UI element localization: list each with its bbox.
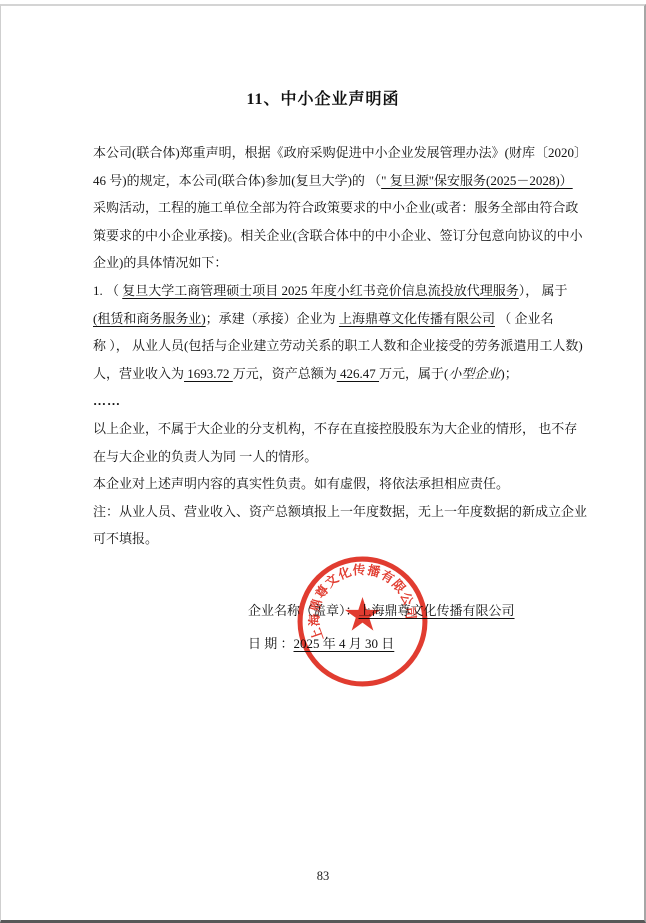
text-line: 1. （ 复旦大学工商管理硕士项目 2025 年度小红书竞价信息流投放代理服务）… bbox=[93, 277, 573, 305]
text-segment: 企业)的具体情况如下： bbox=[93, 255, 227, 270]
text-line: 注：从业人员、营业收入、资产总额填报上一年度数据，无上一年度数据的新成立企业 bbox=[93, 498, 573, 526]
text-segment: 万元，资产总额为 bbox=[233, 366, 337, 381]
document-body: 本公司(联合体)郑重声明，根据《政府采购促进中小企业发展管理办法》(财库〔202… bbox=[93, 139, 573, 553]
text-segment: 日 期 ： bbox=[248, 636, 294, 651]
text-segment: " 复旦源"保安服务(2025－2028)） bbox=[381, 173, 573, 188]
text-segment: 小型企业 bbox=[448, 366, 500, 381]
text-segment: …… bbox=[93, 393, 121, 408]
text-line: 在与大企业的负责人为同 一人的情形。 bbox=[93, 443, 573, 471]
text-line: 人，营业收入为 1693.72 万元，资产总额为 426.47 万元，属于(小型… bbox=[93, 360, 573, 388]
company-stamp: 上海鼎尊文化传播有限公司 bbox=[295, 554, 430, 689]
text-segment: （ 企业名 bbox=[495, 311, 554, 326]
document-title: 11、中小企业声明函 bbox=[0, 86, 646, 109]
text-segment: 复旦大学工商管理硕士项目 2025 年度小红书竞价信息流投放代理服务 bbox=[122, 283, 519, 298]
text-line: 本企业对上述声明内容的真实性负责。如有虚假，将依法承担相应责任。 bbox=[93, 470, 573, 498]
text-segment: 在与大企业的负责人为同 一人的情形。 bbox=[93, 449, 317, 464]
stamp-star-icon bbox=[345, 597, 380, 631]
text-line: 策要求的中小企业承接)。相关企业(含联合体中的中小企业、签订分包意向协议的中小 bbox=[93, 222, 573, 250]
text-line: 可不填报。 bbox=[93, 525, 573, 553]
text-segment: 万元，属于( bbox=[379, 366, 448, 381]
text-segment: 策要求的中小企业承接)。相关企业(含联合体中的中小企业、签订分包意向协议的中小 bbox=[93, 228, 583, 243]
text-segment: (租赁和商务服务业) bbox=[93, 311, 206, 326]
page-number: 83 bbox=[0, 869, 646, 884]
text-segment: 称 ）， 从业人员(包括与企业建立劳动关系的职工人数和企业接受的劳务派遣用工人数… bbox=[93, 338, 583, 353]
text-line: 采购活动，工程的施工单位全部为符合政策要求的中小企业(或者：服务全部由符合政 bbox=[93, 194, 573, 222]
text-segment: 可不填报。 bbox=[93, 531, 158, 546]
text-segment: 人，营业收入为 bbox=[93, 366, 184, 381]
text-line: (租赁和商务服务业)；承建（承接）企业为 上海鼎尊文化传播有限公司 （ 企业名 bbox=[93, 305, 573, 333]
text-segment: 本公司(联合体)郑重声明，根据《政府采购促进中小企业发展管理办法》(财库〔202… bbox=[93, 145, 587, 160]
text-segment: ；承建（承接）企业为 bbox=[206, 311, 339, 326]
text-segment: 注：从业人员、营业收入、资产总额填报上一年度数据，无上一年度数据的新成立企业 bbox=[93, 504, 587, 519]
text-line: 企业)的具体情况如下： bbox=[93, 249, 573, 277]
text-segment: 46 号)的规定，本公司(联合体)参加(复旦大学)的 （ bbox=[93, 173, 381, 188]
text-line: …… bbox=[93, 387, 573, 415]
text-segment: 1. （ bbox=[93, 283, 122, 298]
text-segment: 以上企业，不属于大企业的分支机构，不存在直接控股股东为大企业的情形， 也不存 bbox=[93, 421, 577, 436]
text-segment: )； bbox=[500, 366, 517, 381]
text-segment: 本企业对上述声明内容的真实性负责。如有虚假，将依法承担相应责任。 bbox=[93, 476, 509, 491]
text-segment: 1693.72 bbox=[184, 366, 233, 381]
text-line: 以上企业，不属于大企业的分支机构，不存在直接控股股东为大企业的情形， 也不存 bbox=[93, 415, 573, 443]
document-page: { "title": "11、中小企业声明函", "body": { "line… bbox=[0, 0, 646, 923]
text-segment: ）， 属于 bbox=[519, 283, 568, 298]
text-line: 46 号)的规定，本公司(联合体)参加(复旦大学)的 （" 复旦源"保安服务(2… bbox=[93, 167, 573, 195]
text-segment: 上海鼎尊文化传播有限公司 bbox=[339, 311, 495, 326]
text-line: 称 ）， 从业人员(包括与企业建立劳动关系的职工人数和企业接受的劳务派遣用工人数… bbox=[93, 332, 573, 360]
text-segment: 426.47 bbox=[337, 366, 379, 381]
text-segment: 采购活动，工程的施工单位全部为符合政策要求的中小企业(或者：服务全部由符合政 bbox=[93, 200, 578, 215]
text-line: 本公司(联合体)郑重声明，根据《政府采购促进中小企业发展管理办法》(财库〔202… bbox=[93, 139, 573, 167]
